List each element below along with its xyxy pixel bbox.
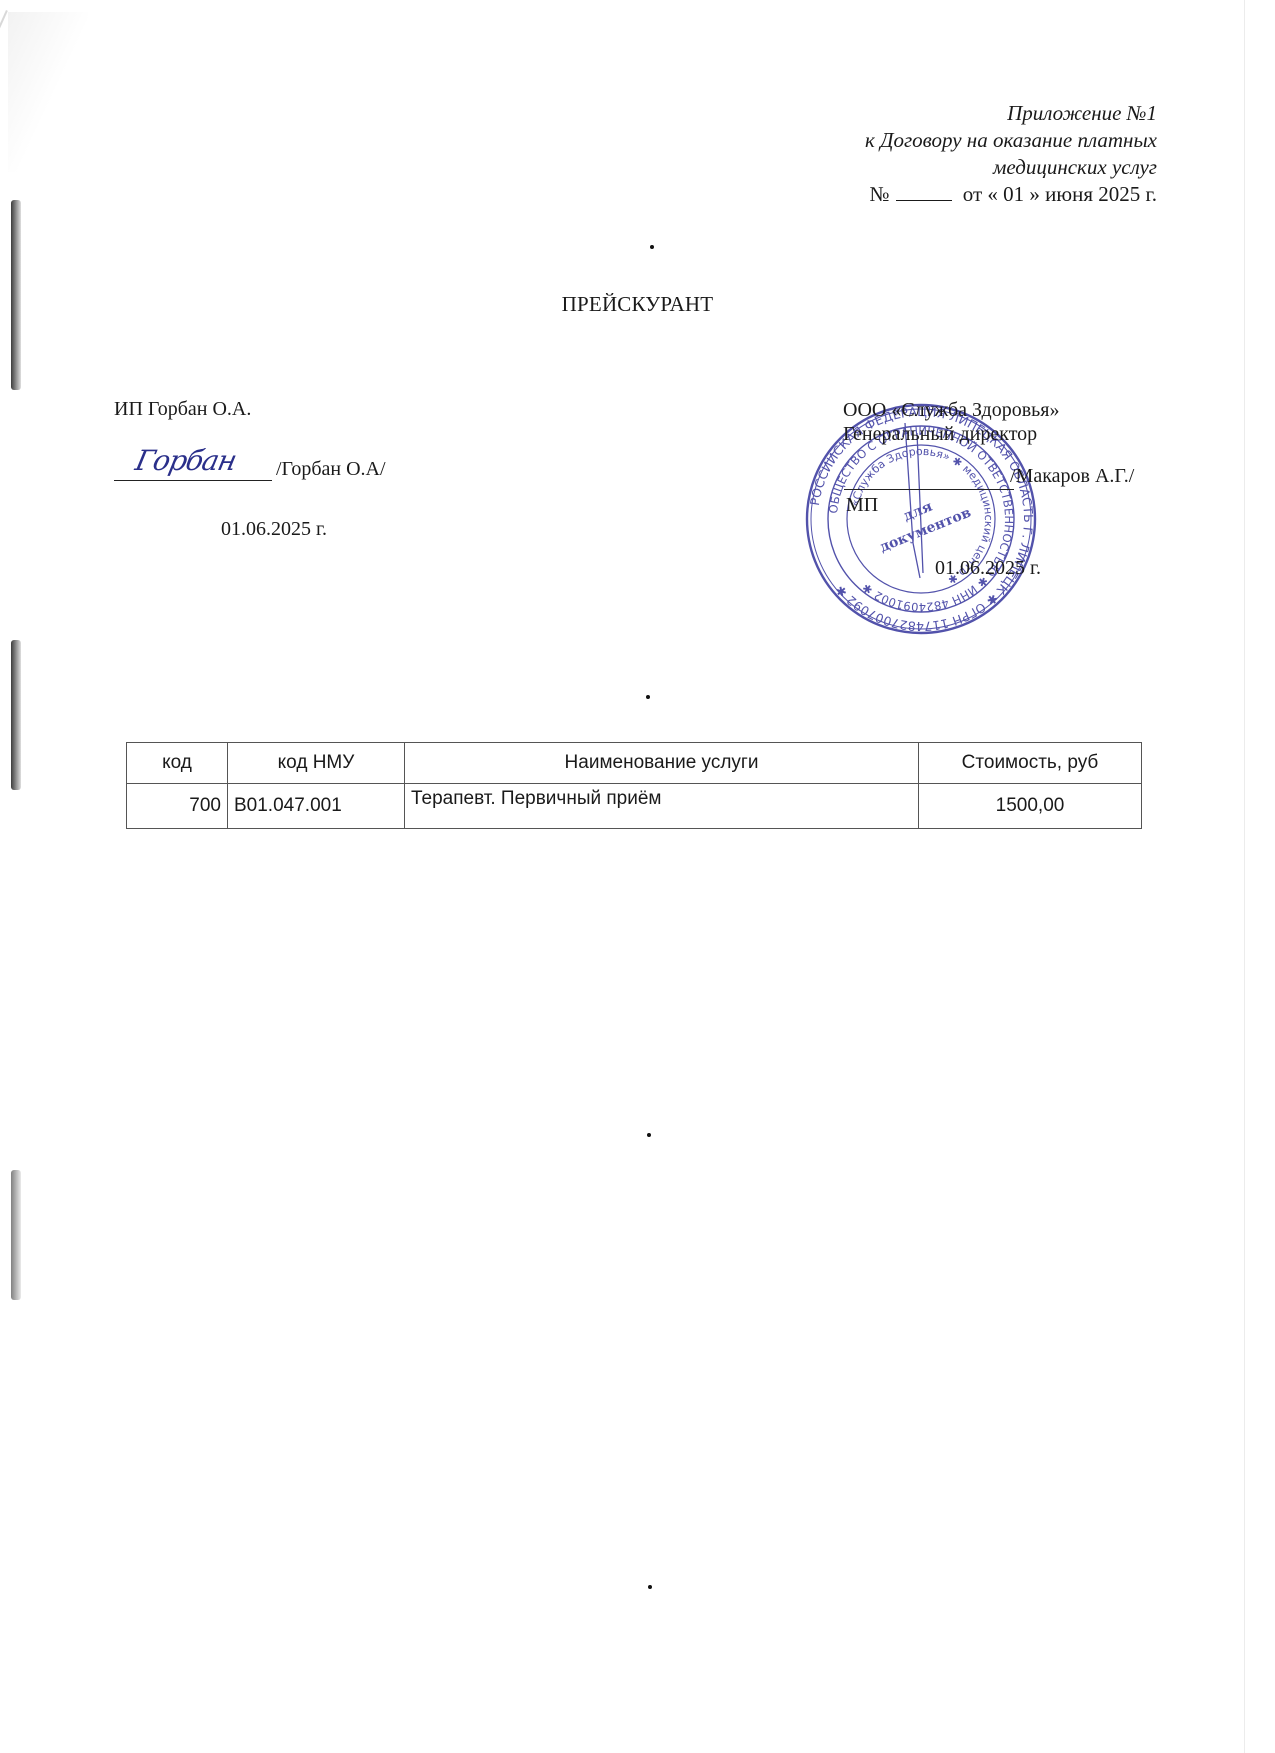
number-sign: № xyxy=(869,182,889,206)
left-party-name: ИП Горбан О.А. xyxy=(114,397,251,421)
appendix-header: Приложение №1 к Договору на оказание пла… xyxy=(865,100,1157,208)
left-date: 01.06.2025 г. xyxy=(221,518,327,541)
document-title: ПРЕЙСКУРАНТ xyxy=(0,292,1275,317)
scan-mark xyxy=(11,1170,21,1300)
cell-nmu-code: B01.047.001 xyxy=(228,784,405,829)
scan-edge-line xyxy=(1244,0,1245,1753)
scan-fold-shadow xyxy=(8,12,88,172)
scan-dot xyxy=(650,245,654,249)
appendix-contract-line: к Договору на оказание платных xyxy=(865,127,1157,154)
table-row: 700 B01.047.001 Терапевт. Первичный приё… xyxy=(127,784,1142,829)
right-party-position: Генеральный директор xyxy=(843,422,1059,446)
contract-number-line: № от « 01 » июня 2025 г. xyxy=(865,181,1157,208)
right-party-name: ООО «Служба Здоровья» xyxy=(843,398,1059,422)
scan-dot xyxy=(647,1133,651,1137)
contract-number-blank xyxy=(896,182,952,201)
price-list-table: код код НМУ Наименование услуги Стоимост… xyxy=(126,742,1142,829)
signature-underline: Горбан xyxy=(114,458,272,481)
right-date: 01.06.2025 г. xyxy=(935,557,1041,580)
scan-fold-line xyxy=(0,10,8,184)
appendix-contract-line: медицинских услуг xyxy=(865,154,1157,181)
table-header-row: код код НМУ Наименование услуги Стоимост… xyxy=(127,743,1142,784)
header-code: код xyxy=(127,743,228,784)
contract-date: от « 01 » июня 2025 г. xyxy=(963,182,1157,206)
signature-underline xyxy=(844,489,1014,490)
cell-service-name: Терапевт. Первичный приём xyxy=(405,784,919,829)
left-signature-line: Горбан /Горбан О.А/ xyxy=(114,458,386,481)
header-nmu-code: код НМУ xyxy=(228,743,405,784)
scan-dot xyxy=(646,695,650,699)
cell-cost: 1500,00 xyxy=(919,784,1142,829)
appendix-title: Приложение №1 xyxy=(865,100,1157,127)
header-service-name: Наименование услуги xyxy=(405,743,919,784)
scan-mark xyxy=(11,640,21,790)
stamp-center-line1: для xyxy=(901,499,934,525)
header-cost: Стоимость, руб xyxy=(919,743,1142,784)
scan-dot xyxy=(648,1585,652,1589)
cell-code: 700 xyxy=(127,784,228,829)
seal-label: МП xyxy=(846,494,878,517)
stamp-director-signature xyxy=(905,423,923,578)
stamp-center-line2: документов xyxy=(878,504,974,555)
handwritten-signature: Горбан xyxy=(132,444,239,477)
right-party-block: ООО «Служба Здоровья» Генеральный директ… xyxy=(843,398,1059,446)
document-page: Приложение №1 к Договору на оказание пла… xyxy=(0,0,1275,1753)
left-signer: /Горбан О.А/ xyxy=(276,458,386,480)
stamp-middle-text: ОБЩЕСТВО С ОГРАНИЧЕННОЙ ОТВЕТСТВЕННОСТЬЮ… xyxy=(826,424,1016,614)
right-signer: /Макаров А.Г./ xyxy=(1010,465,1134,488)
